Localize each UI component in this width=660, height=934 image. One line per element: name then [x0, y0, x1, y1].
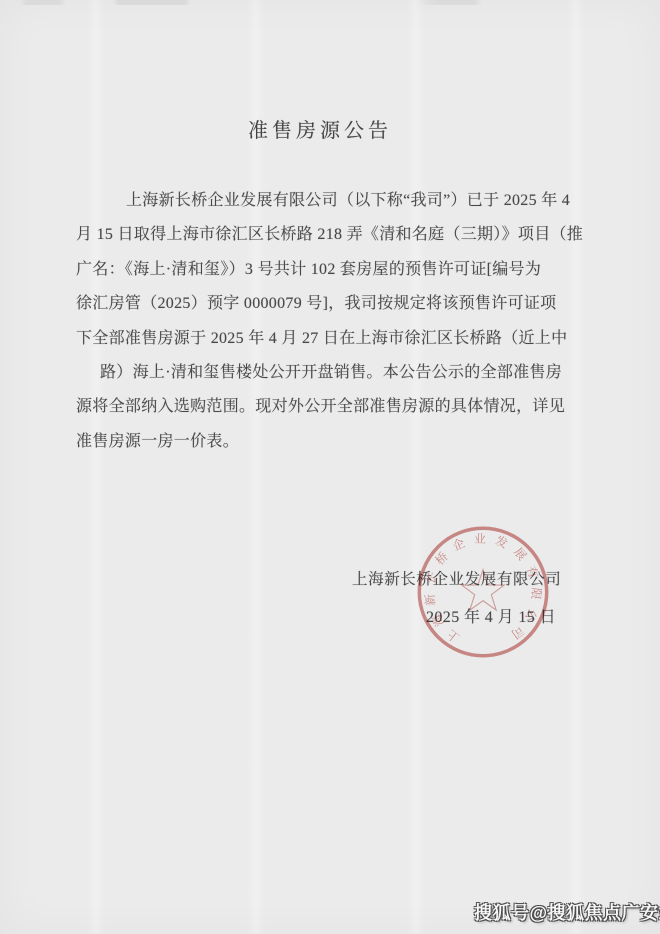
- body-line: 路）海上·清和玺售楼处公开开盘销售。本公告公示的全部准售房: [76, 356, 592, 390]
- body-line: 下全部准售房源于 2025 年 4 月 27 日在上海市徐汇区长桥路（近上中: [76, 322, 592, 356]
- body-line: 月 15 日取得上海市徐汇区长桥路 218 弄《清和名庭（三期）》项目（推: [76, 218, 592, 252]
- body-line: 源将全部纳入选购范围。现对外公开全部准售房源的具体情况，详见: [76, 390, 592, 424]
- body-line: 准售房源一房一价表。: [76, 425, 592, 459]
- body-line: 广名：《海上·清和玺》）3 号共计 102 套房屋的预售许可证[编号为: [76, 253, 592, 287]
- signature-company-name: 上海新长桥企业发展有限公司: [352, 567, 561, 589]
- document-body: 上海新长桥企业发展有限公司（以下称“我司”）已于 2025 年 4 月 15 日…: [76, 184, 592, 459]
- company-seal: 上海新长桥企业发展有限公司: [413, 522, 553, 662]
- announcement-document: 准售房源公告 上海新长桥企业发展有限公司（以下称“我司”）已于 2025 年 4…: [0, 0, 660, 934]
- seal-ring: [419, 528, 546, 655]
- body-line: 徐汇房管（2025）预字 0000079 号]，我司按规定将该预售许可证项: [76, 287, 592, 321]
- body-line: 上海新长桥企业发展有限公司（以下称“我司”）已于 2025 年 4: [76, 184, 592, 218]
- sohu-watermark: 搜狐号@搜狐焦点广安站: [474, 899, 660, 925]
- document-title: 准售房源公告: [0, 114, 660, 143]
- signature-date: 2025 年 4 月 15 日: [426, 604, 556, 627]
- seal-arc-text: 上海新长桥企业发展有限公司: [422, 532, 543, 647]
- company-seal-graphic: 上海新长桥企业发展有限公司: [413, 522, 553, 662]
- scan-edge-artifact: [0, 0, 660, 5]
